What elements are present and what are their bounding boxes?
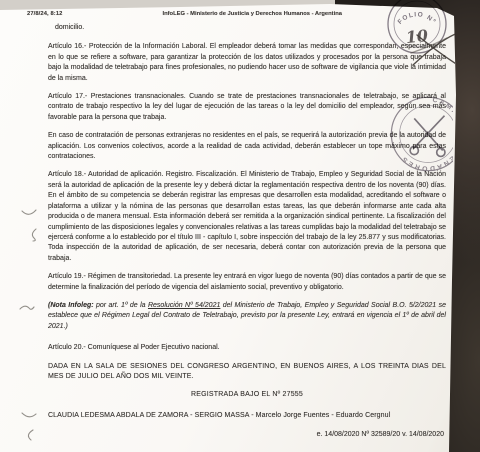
page-content: 27/8/24, 8:12 InfoLEG - Ministerio de Ju… [48,10,446,449]
senate-stamp: CAMARA DE SENADORES [384,86,472,182]
pen-mark [20,409,38,423]
pen-mark [20,206,38,220]
handwritten-stamp-doodle [410,116,445,157]
infoleg-note-paragraph: (Nota Infoleg: por art. 1º de la Resoluc… [48,301,446,332]
article-19-paragraph: Artículo 19.- Régimen de transitoriedad.… [48,272,446,293]
pen-x-scribble [410,29,464,73]
enactment-clause: DADA EN LA SALA DE SESIONES DEL CONGRESO… [48,362,446,383]
publication-reference: e. 14/08/2020 Nº 32589/20 v. 14/08/2020 [48,430,446,440]
pen-mark [18,301,36,315]
article-20-paragraph: Artículo 20.- Comuníquese al Poder Ejecu… [48,343,446,353]
svg-text:FOLIO Nº: FOLIO Nº [397,11,438,26]
print-timestamp: 27/8/24, 8:12 [27,10,62,18]
registration-line: REGISTRADA BAJO EL Nº 27555 [48,390,446,400]
note-label: (Nota Infoleg: [48,302,94,309]
pen-mark [26,228,44,242]
folio-stamp-label: FOLIO Nº [397,11,438,26]
scanned-document: 27/8/24, 8:12 InfoLEG - Ministerio de Ju… [0,0,480,452]
article-18-paragraph: Artículo 18.- Autoridad de aplicación. R… [48,170,446,264]
signatories-line: CLAUDIA LEDESMA ABDALA DE ZAMORA - SERGI… [48,411,446,421]
document-page: 27/8/24, 8:12 InfoLEG - Ministerio de Ju… [0,0,480,452]
svg-text:CAMARA DE SENADORES: CAMARA DE SENADORES [400,97,466,172]
senate-stamp-ring-text: CAMARA DE SENADORES [400,97,466,172]
note-text-before-link: por art. 1º de la [94,302,148,309]
pen-mark [22,428,40,442]
resolution-link-text: Resolución Nº 54/2021 [148,302,220,309]
